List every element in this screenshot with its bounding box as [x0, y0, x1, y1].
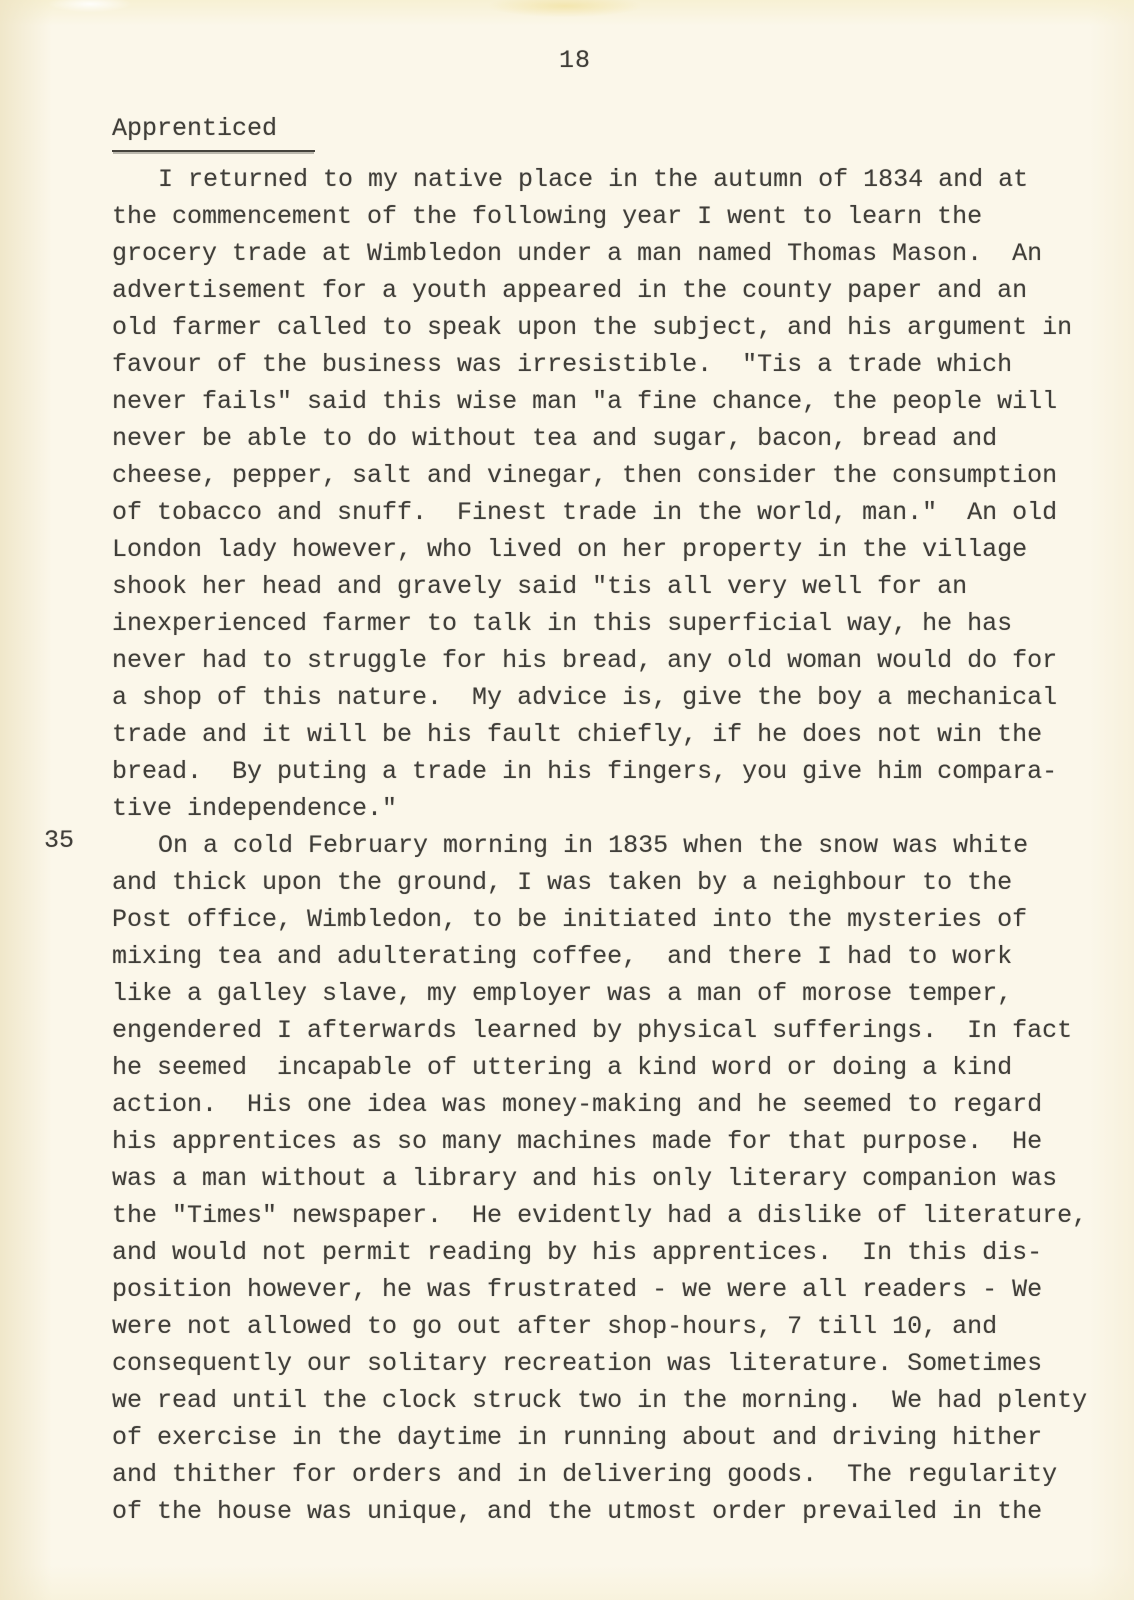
text-line: action. His one idea was money-making an…	[112, 1086, 1102, 1123]
text-line: I returned to my native place in the aut…	[112, 161, 1102, 198]
text-line: position however, he was frustrated - we…	[112, 1271, 1102, 1308]
page-content: Apprenticed I returned to my native plac…	[112, 112, 1102, 1530]
text-line: advertisement for a youth appeared in th…	[112, 272, 1102, 309]
text-line: engendered I afterwards learned by physi…	[112, 1012, 1102, 1049]
text-line: and thither for orders and in delivering…	[112, 1456, 1102, 1493]
text-line: tive independence."	[112, 790, 1102, 827]
text-line: favour of the business was irresistible.…	[112, 346, 1102, 383]
text-line: inexperienced farmer to talk in this sup…	[112, 605, 1102, 642]
document-page: 18 35 Apprenticed I returned to my nativ…	[0, 0, 1134, 1600]
text-line: trade and it will be his fault chiefly, …	[112, 716, 1102, 753]
text-line: like a galley slave, my employer was a m…	[112, 975, 1102, 1012]
page-number: 18	[0, 46, 1134, 75]
text-line: bread. By puting a trade in his fingers,…	[112, 753, 1102, 790]
paragraph-1: I returned to my native place in the aut…	[112, 161, 1102, 827]
text-line: his apprentices as so many machines made…	[112, 1123, 1102, 1160]
text-line: never be able to do without tea and suga…	[112, 420, 1102, 457]
section-heading-text: Apprenticed	[112, 112, 315, 152]
text-line: On a cold February morning in 1835 when …	[112, 827, 1102, 864]
text-line: of exercise in the daytime in running ab…	[112, 1419, 1102, 1456]
text-line: the "Times" newspaper. He evidently had …	[112, 1197, 1102, 1234]
margin-line-number: 35	[44, 826, 74, 855]
paragraph-2: On a cold February morning in 1835 when …	[112, 827, 1102, 1530]
text-line: mixing tea and adulterating coffee, and …	[112, 938, 1102, 975]
text-line: London lady however, who lived on her pr…	[112, 531, 1102, 568]
text-line: old farmer called to speak upon the subj…	[112, 309, 1102, 346]
text-line: we read until the clock struck two in th…	[112, 1382, 1102, 1419]
text-line: never had to struggle for his bread, any…	[112, 642, 1102, 679]
text-line: grocery trade at Wimbledon under a man n…	[112, 235, 1102, 272]
text-line: cheese, pepper, salt and vinegar, then c…	[112, 457, 1102, 494]
text-line: Post office, Wimbledon, to be initiated …	[112, 901, 1102, 938]
text-line: were not allowed to go out after shop-ho…	[112, 1308, 1102, 1345]
text-line: of the house was unique, and the utmost …	[112, 1493, 1102, 1530]
text-line: and would not permit reading by his appr…	[112, 1234, 1102, 1271]
text-line: of tobacco and snuff. Finest trade in th…	[112, 494, 1102, 531]
text-line: never fails" said this wise man "a fine …	[112, 383, 1102, 420]
text-line: the commencement of the following year I…	[112, 198, 1102, 235]
section-heading: Apprenticed	[112, 112, 1102, 152]
text-line: shook her head and gravely said "tis all…	[112, 568, 1102, 605]
text-line: he seemed incapable of uttering a kind w…	[112, 1049, 1102, 1086]
text-line: and thick upon the ground, I was taken b…	[112, 864, 1102, 901]
text-line: a shop of this nature. My advice is, giv…	[112, 679, 1102, 716]
text-line: was a man without a library and his only…	[112, 1160, 1102, 1197]
text-line: consequently our solitary recreation was…	[112, 1345, 1102, 1382]
